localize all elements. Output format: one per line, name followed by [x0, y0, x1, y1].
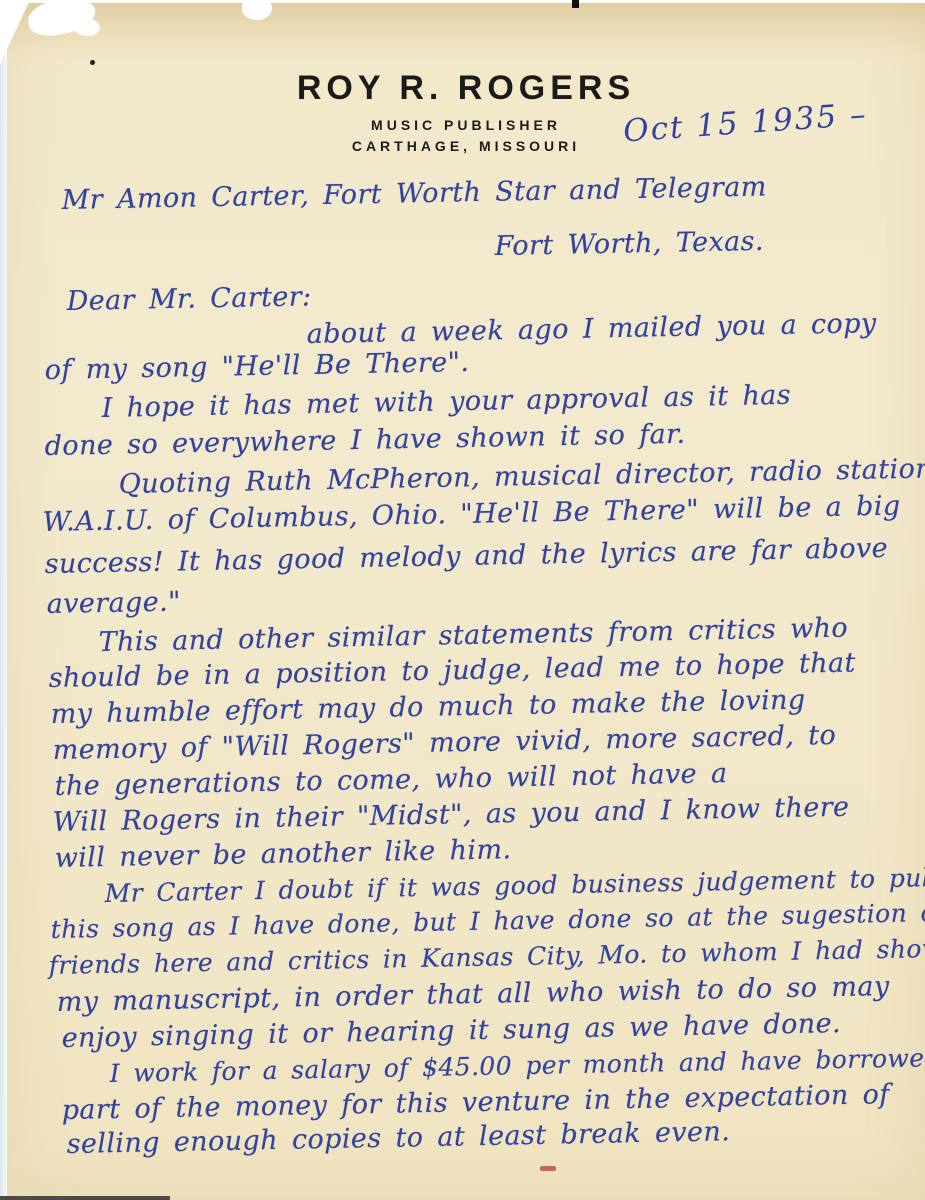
- letter-paper: ROY R. ROGERS MUSIC PUBLISHER CARTHAGE, …: [7, 3, 925, 1200]
- scan-background: ROY R. ROGERS MUSIC PUBLISHER CARTHAGE, …: [0, 0, 925, 1200]
- scan-speck: [572, 0, 579, 8]
- scan-speck: [90, 60, 95, 65]
- handwritten-line: success! It has good melody and the lyri…: [44, 533, 888, 580]
- handwritten-line: will never be another like him.: [54, 834, 511, 874]
- scan-speck-red: [540, 1166, 556, 1171]
- handwritten-line: I hope it has met with your approval as …: [101, 380, 791, 424]
- scan-edge-artifact: [0, 1196, 170, 1200]
- handwritten-content: Oct 15 1935 – Mr Amon Carter, Fort Worth…: [7, 3, 925, 1200]
- salutation: Dear Mr. Carter:: [66, 281, 311, 317]
- handwritten-line: about a week ago I mailed you a copy: [306, 308, 876, 350]
- handwritten-line: done so everywhere I have shown it so fa…: [44, 419, 685, 462]
- handwritten-line: of my song "He'll Be There".: [44, 347, 469, 386]
- address-line: Fort Worth, Texas.: [494, 226, 764, 262]
- handwritten-line: average.": [46, 586, 181, 620]
- handwritten-date: Oct 15 1935 –: [622, 97, 869, 150]
- address-line: Mr Amon Carter, Fort Worth Star and Tele…: [61, 171, 767, 216]
